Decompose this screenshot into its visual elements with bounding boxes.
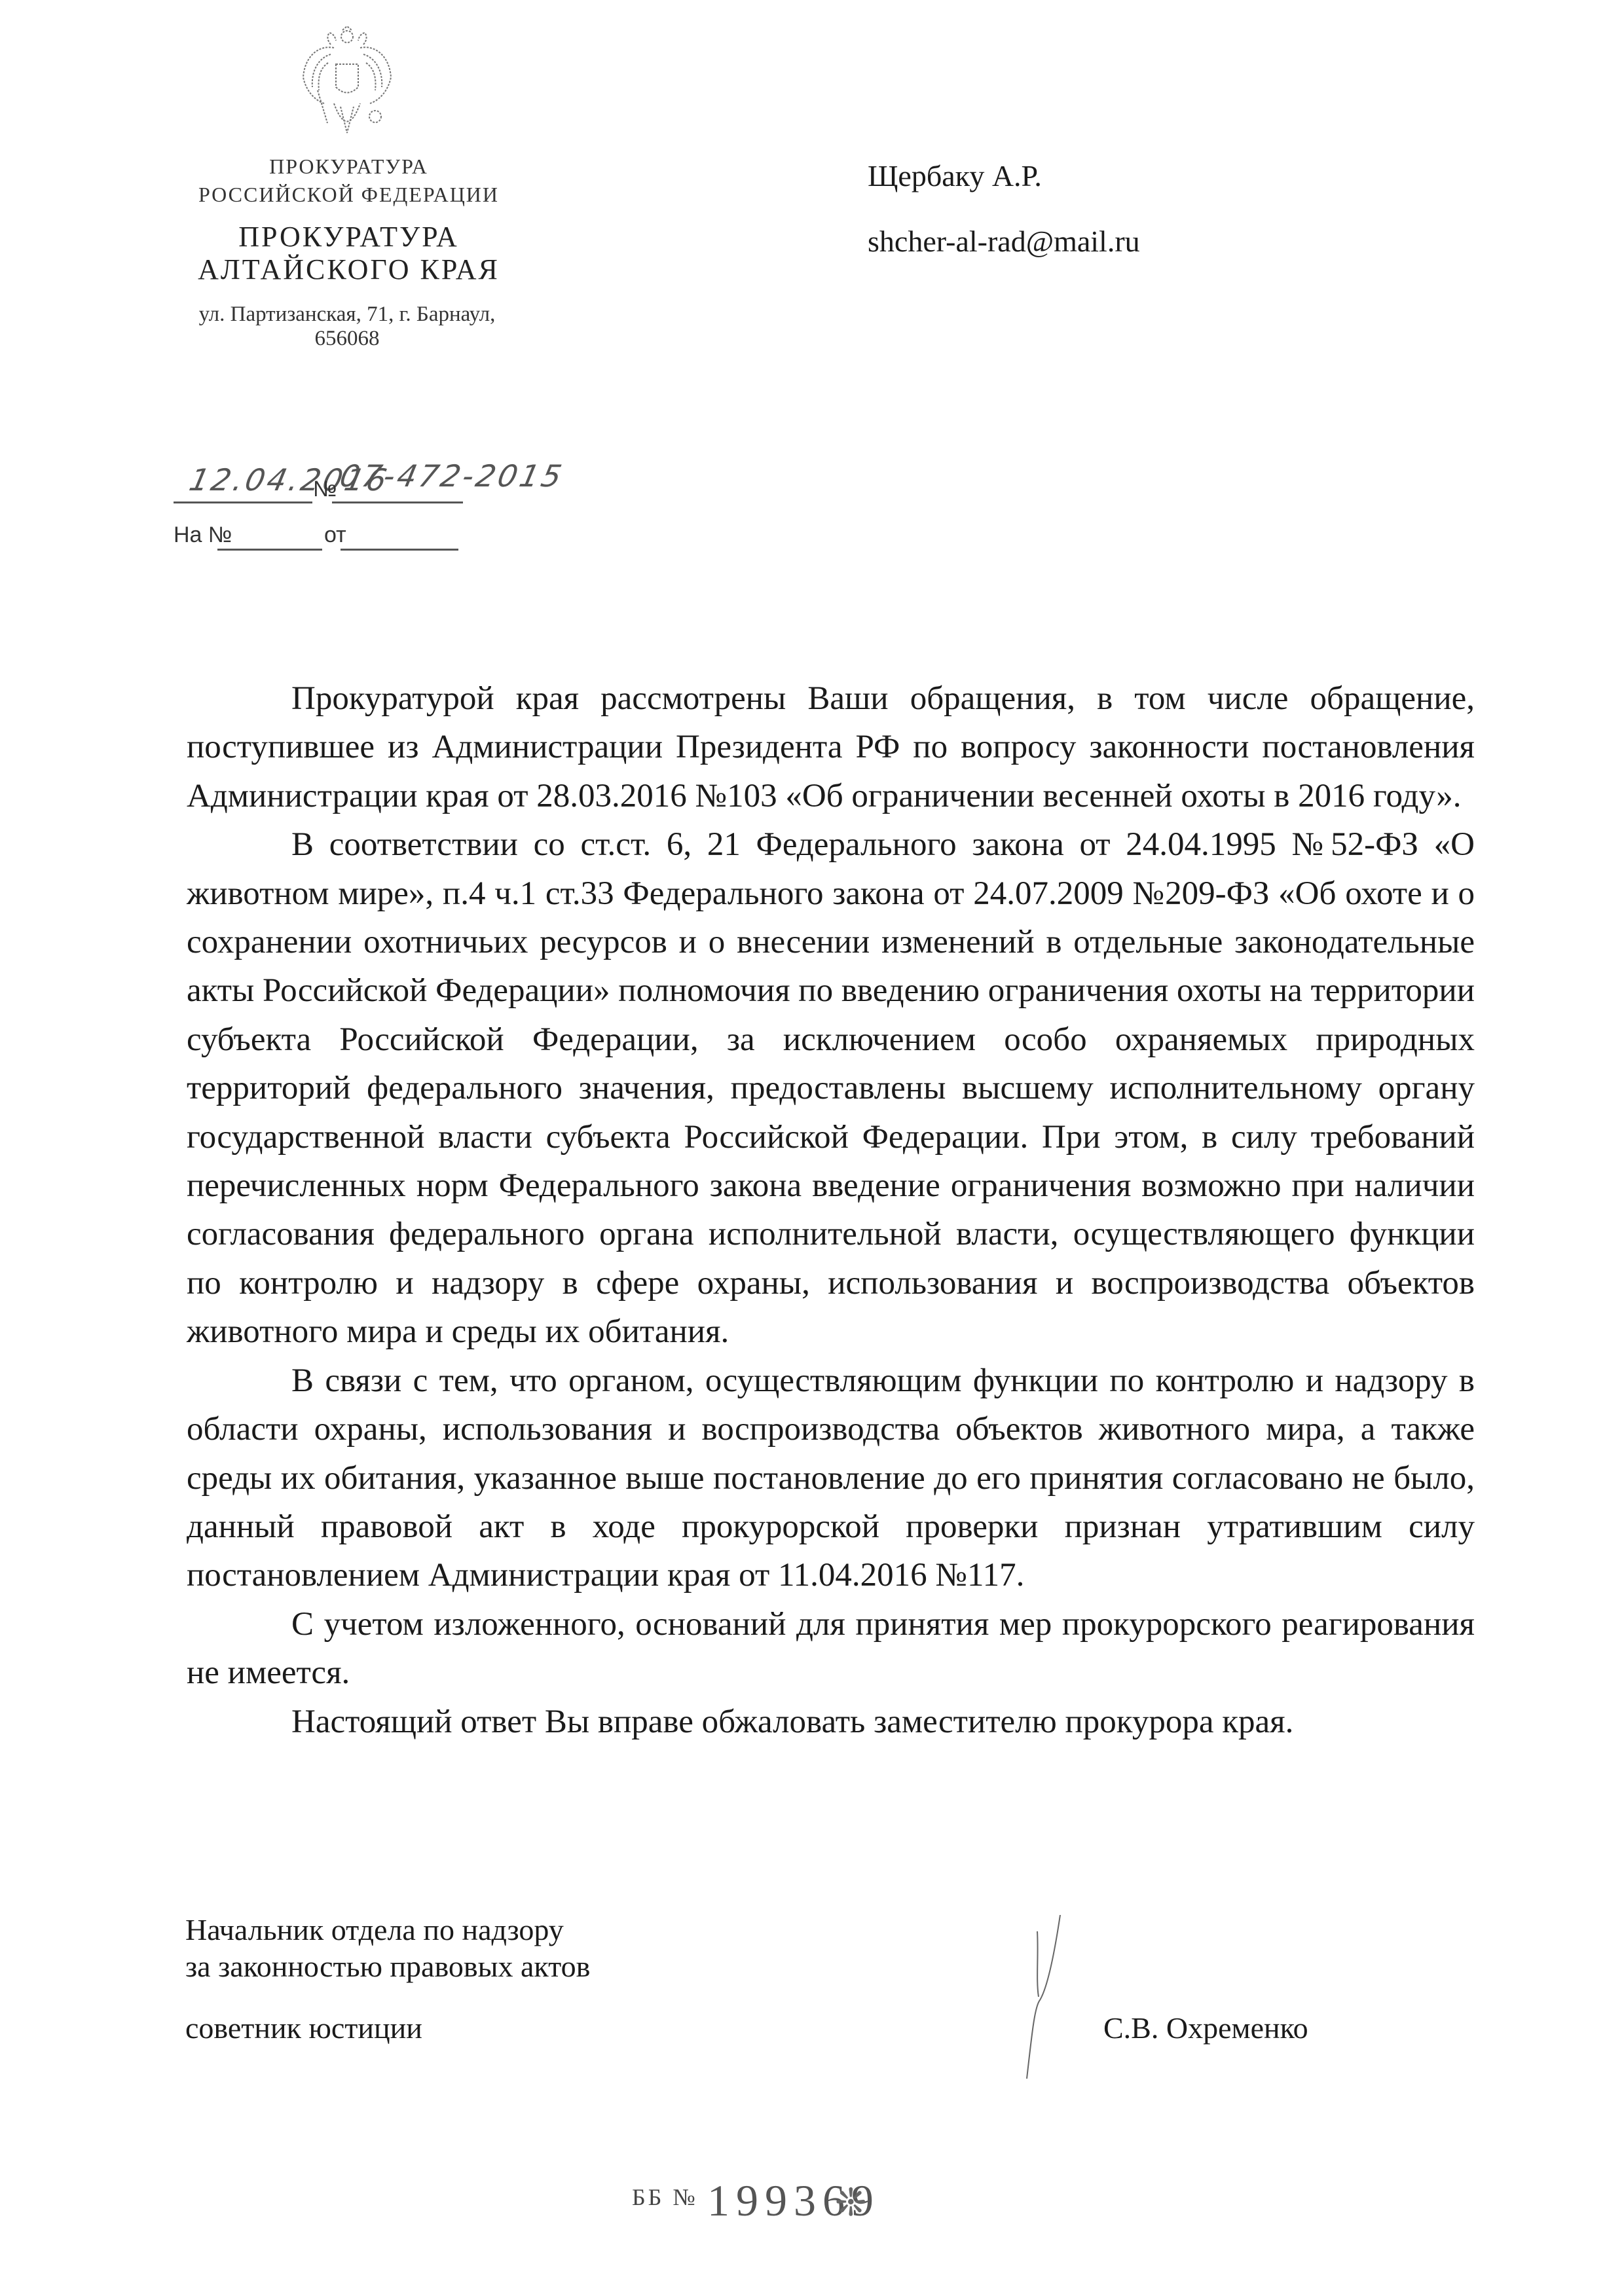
reply-to-date-underline	[341, 549, 458, 551]
recipient-email: shcher-al-rad@mail.ru	[868, 224, 1140, 259]
ornament-star-icon: ❊	[835, 2180, 867, 2225]
position-line1: Начальник отдела по надзору	[185, 1912, 590, 1948]
org-name-line1: ПРОКУРАТУРА	[196, 155, 501, 179]
signatory-name: С.В. Охременко	[1103, 2010, 1308, 2047]
form-serial-prefix: ББ №	[632, 2183, 698, 2211]
number-label: №	[313, 477, 337, 502]
reply-to-number-underline	[217, 549, 322, 551]
number-underline	[332, 501, 463, 503]
letter-body: Прокуратурой края рассмотрены Ваши обращ…	[187, 674, 1475, 1746]
dept-name-line1: ПРОКУРАТУРА	[196, 220, 501, 253]
handwritten-signature-icon	[1022, 1915, 1074, 2088]
paragraph: В связи с тем, что органом, осуществляющ…	[187, 1357, 1475, 1600]
from-label: от	[324, 522, 346, 548]
dept-name-line2: АЛТАЙСКОГО КРАЯ	[196, 253, 501, 286]
paragraph: Прокуратурой края рассмотрены Ваши обращ…	[187, 674, 1475, 820]
org-address: ул. Партизанская, 71, г. Барнаул, 656068	[177, 302, 517, 351]
org-name-line2: РОССИЙСКОЙ ФЕДЕРАЦИИ	[196, 183, 501, 207]
signatory-position: Начальник отдела по надзору за законност…	[185, 1912, 590, 1985]
paragraph: В соответствии со ст.ст. 6, 21 Федеральн…	[187, 820, 1475, 1356]
position-line2: за законностью правовых актов	[185, 1948, 590, 1985]
coat-of-arms-icon	[298, 25, 396, 139]
recipient-name: Щербаку А.Р.	[868, 158, 1042, 193]
signatory-rank: советник юстиции	[185, 2010, 422, 2047]
paragraph: Настоящий ответ Вы вправе обжаловать зам…	[187, 1698, 1475, 1746]
paragraph: С учетом изложенного, оснований для прин…	[187, 1600, 1475, 1698]
reply-to-label: На №	[174, 522, 232, 548]
date-underline	[174, 501, 312, 503]
outgoing-number: 07-472-2015	[337, 458, 567, 494]
